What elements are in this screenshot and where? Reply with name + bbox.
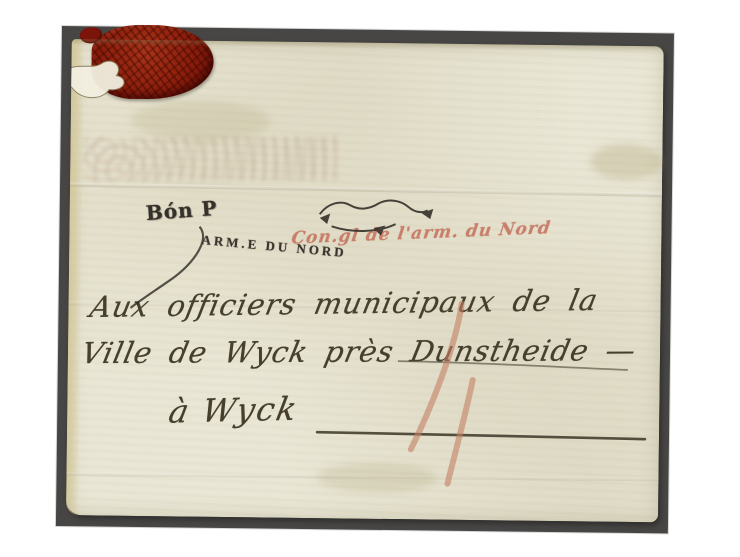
- faint-ink-offset: [84, 136, 336, 181]
- fold-crease: [70, 183, 662, 197]
- red-script-handstamp: Con.gl de l'arm. du Nord: [290, 218, 552, 249]
- paper-stain: [131, 100, 271, 142]
- photo-background-mat: Bón P ARM.E DU NORD Con.gl de l'arm. du …: [56, 26, 674, 533]
- photo-of-letter: Bón P ARM.E DU NORD Con.gl de l'arm. du …: [0, 0, 740, 557]
- paper-stain: [316, 462, 436, 493]
- bon-p-handstamp: Bón P: [145, 196, 218, 225]
- red-chalk-rate-mark: 4: [410, 303, 473, 484]
- wax-seal-fragment: [80, 27, 102, 43]
- paper-stain: [590, 143, 662, 180]
- rate-marking-value: 4: [72, 39, 73, 40]
- address-line-3: à Wyck: [166, 390, 302, 431]
- address-line3-dash: [317, 432, 645, 439]
- folded-letter-sheet: Bón P ARM.E DU NORD Con.gl de l'arm. du …: [66, 39, 664, 522]
- address-line-1: Aux officiers municipaux de la: [87, 283, 601, 324]
- address-line-2: Ville de Wyck près Dunstheide —: [79, 333, 640, 370]
